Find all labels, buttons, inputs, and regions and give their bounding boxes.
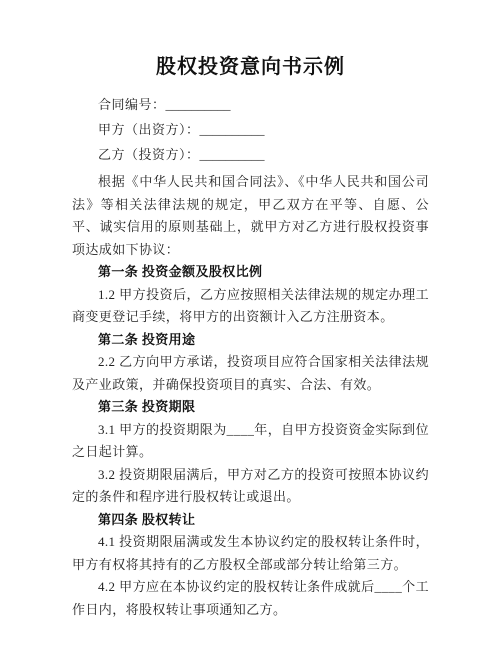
- section-heading-4: 第四条 股权转让: [72, 509, 429, 532]
- party-a-blank: __________: [200, 122, 265, 137]
- party-b-blank: __________: [200, 147, 265, 162]
- party-b-label: 乙方（投资方）：: [98, 147, 200, 162]
- paragraph-2-2: 2.2 乙方向甲方承诺，投资项目应符合国家相关法律法规及产业政策，并确保投资项目…: [72, 351, 429, 396]
- paragraph-3-2: 3.2 投资期限届满后，甲方对乙方的投资可按照本协议约定的条件和程序进行股权转让…: [72, 464, 429, 509]
- party-a-label: 甲方（出资方）：: [98, 122, 200, 137]
- header-fields: 合同编号：__________ 甲方（出资方）：__________ 乙方（投资…: [72, 92, 429, 167]
- paragraph-4-2: 4.2 甲方应在本协议约定的股权转让条件成就后____个工作日内，将股权转让事项…: [72, 576, 429, 621]
- contract-number-label: 合同编号：: [98, 97, 166, 112]
- paragraph-4-1: 4.1 投资期限届满或发生本协议约定的股权转让条件时，甲方有权将其持有的乙方股权…: [72, 531, 429, 576]
- contract-number-field: 合同编号：__________: [72, 92, 429, 117]
- paragraph-3-1: 3.1 甲方的投资期限为____年，自甲方投资资金实际到位之日起计算。: [72, 419, 429, 464]
- document-title: 股权投资意向书示例: [72, 50, 429, 79]
- paragraph-1-2: 1.2 甲方投资后，乙方应按照相关法律法规的规定办理工商变更登记手续，将甲方的出…: [72, 284, 429, 329]
- section-heading-1: 第一条 投资金额及股权比例: [72, 261, 429, 284]
- party-a-field: 甲方（出资方）：__________: [72, 117, 429, 142]
- contract-number-blank: __________: [166, 97, 231, 112]
- paragraph-intro: 根据《中华人民共和国合同法》、《中华人民共和国公司法》等相关法律法规的规定，甲乙…: [72, 171, 429, 261]
- party-b-field: 乙方（投资方）：__________: [72, 142, 429, 167]
- section-heading-3: 第三条 投资期限: [72, 396, 429, 419]
- document-page: 股权投资意向书示例 合同编号：__________ 甲方（出资方）：______…: [0, 0, 500, 647]
- section-heading-2: 第二条 投资用途: [72, 329, 429, 352]
